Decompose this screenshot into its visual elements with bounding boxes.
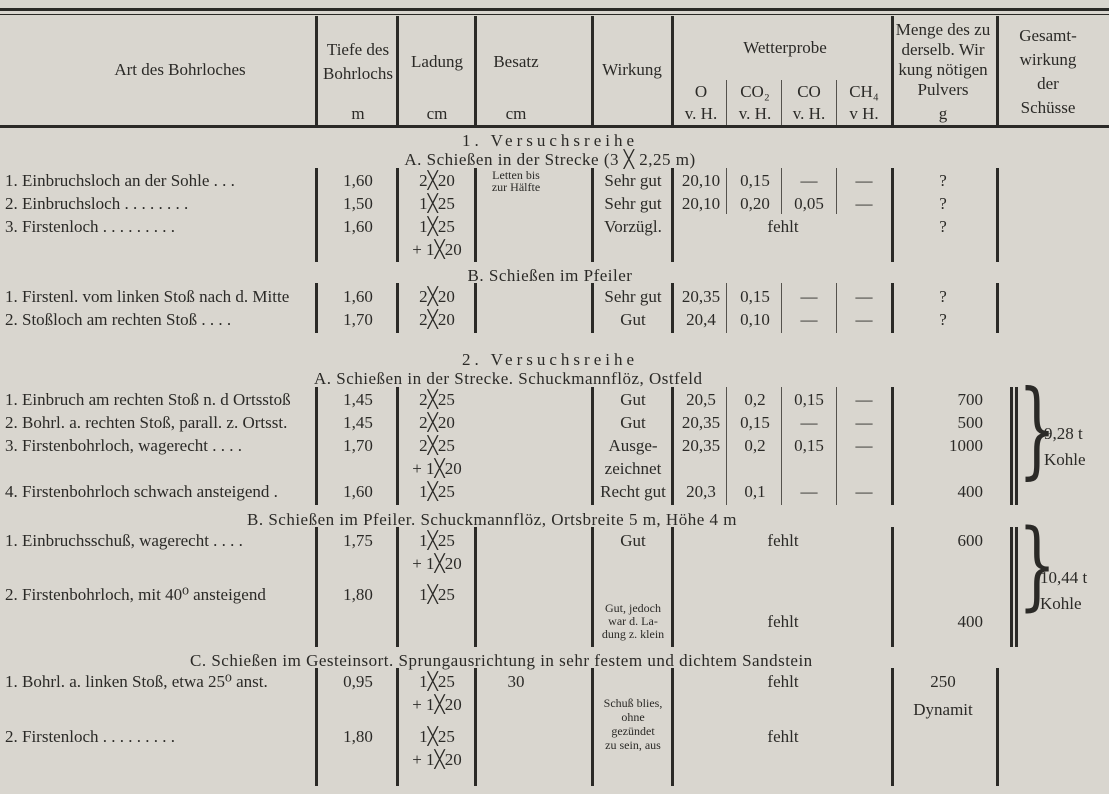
header-co: CO [782, 82, 836, 102]
row-o: 20,3 [674, 482, 728, 502]
row-ladung: 2╳25 [398, 436, 476, 456]
row-o: 20,35 [674, 436, 728, 456]
row-wetterprobe: fehlt [674, 531, 892, 551]
column-divider [591, 527, 594, 647]
column-divider [1015, 387, 1018, 505]
column-divider [891, 668, 894, 786]
series-2-section-c: C. Schießen im Gesteinsort. Sprungausric… [190, 651, 813, 671]
row-tiefe: 1,50 [318, 194, 398, 214]
row-co: — [782, 171, 836, 191]
row-art: 2. Stoßloch am rechten Stoß . . . . [5, 310, 231, 330]
row-art: 1. Firstenl. vom linken Stoß nach d. Mit… [5, 287, 289, 307]
series-2-section-a: A. Schießen in der Strecke. Schuckmannfl… [314, 369, 703, 389]
row-wirkung-line-3: dung z. klein [594, 628, 672, 641]
besatz-note-2: zur Hälfte [478, 181, 554, 194]
row-ladung: 2╳20 [398, 413, 476, 433]
row-ch4: — [836, 194, 892, 214]
row-menge: ? [893, 310, 993, 330]
row-co: — [782, 482, 836, 502]
row-ladung: 1╳25 [398, 672, 476, 692]
row-o: 20,10 [674, 194, 728, 214]
header-tiefe-1: Tiefe des [318, 40, 398, 60]
row-art: 1. Bohrl. a. linken Stoß, etwa 25⁰ anst. [5, 672, 268, 692]
column-divider [591, 668, 594, 786]
row-menge: 700 [893, 390, 983, 410]
row-ch4: — [836, 287, 892, 307]
row-o: 20,35 [674, 287, 728, 307]
row-art: 2. Bohrl. a. rechten Stoß, parall. z. Or… [5, 413, 287, 433]
row-wetterprobe: fehlt [674, 672, 892, 692]
row-tiefe: 1,80 [318, 585, 398, 605]
row-ch4: — [836, 390, 892, 410]
row-menge: 400 [893, 482, 983, 502]
series-1-section-a: A. Schießen in der Strecke (3 ╳ 2,25 m) [300, 150, 800, 170]
row-menge: ? [893, 217, 993, 237]
row-co: 0,05 [782, 194, 836, 214]
column-divider [591, 283, 594, 333]
gesamt-a-unit: Kohle [1044, 450, 1086, 470]
header-ch4-unit: v H. [836, 104, 892, 124]
row-wirkung: Recht gut [594, 482, 672, 502]
column-divider [781, 283, 782, 333]
header-ladung-unit: cm [398, 104, 476, 124]
row-art: 3. Firstenbohrloch, wagerecht . . . . [5, 436, 242, 456]
row-ladung: 1╳25 [398, 727, 476, 747]
row-wirkung: Gut [594, 310, 672, 330]
series-2-section-b: B. Schießen im Pfeiler. Schuckmannflöz, … [247, 510, 737, 530]
row-wirkung: Sehr gut [594, 171, 672, 191]
row-co: — [782, 310, 836, 330]
header-menge-2: derselb. Wir [893, 40, 993, 60]
column-divider [396, 668, 399, 786]
row-menge: 500 [893, 413, 983, 433]
column-divider [726, 283, 727, 333]
wirkung-c-line-2: ohne [594, 711, 672, 724]
gesamt-b-value: 10,44 t [1040, 568, 1087, 588]
wirkung-c-line-3: gezündet [594, 725, 672, 738]
header-ch4: CH₄ [836, 82, 892, 102]
column-divider [591, 387, 594, 505]
row-art: 1. Einbruchsschuß, wagerecht . . . . [5, 531, 243, 551]
row-ladung: 2╳20 [398, 287, 476, 307]
header-co2-unit: v. H. [728, 104, 782, 124]
column-divider [591, 168, 594, 262]
row-tiefe: 1,60 [318, 171, 398, 191]
blasting-test-table: Art des Bohrloches Tiefe des Bohrlochs m… [0, 0, 1109, 794]
header-wirkung: Wirkung [592, 60, 672, 80]
column-divider [836, 283, 837, 333]
column-divider [891, 283, 894, 333]
column-divider [396, 387, 399, 505]
table-top-rule-thin [0, 14, 1109, 15]
header-art: Art des Bohrloches [80, 60, 280, 80]
row-co2: 0,15 [728, 171, 782, 191]
row-menge: ? [893, 194, 993, 214]
header-tiefe-unit: m [318, 104, 398, 124]
row-ladung-extra: + 1╳20 [398, 240, 476, 260]
row-wirkung: Sehr gut [594, 194, 672, 214]
header-menge-4: Pulvers [893, 80, 993, 100]
row-co: — [782, 287, 836, 307]
header-gesamt-4: Schüsse [998, 98, 1098, 118]
column-divider [726, 168, 727, 214]
row-co: 0,15 [782, 390, 836, 410]
row-ladung: 1╳25 [398, 482, 476, 502]
row-menge: 600 [893, 531, 983, 551]
row-ladung: 1╳25 [398, 531, 476, 551]
column-divider [671, 387, 674, 505]
row-tiefe: 1,45 [318, 413, 398, 433]
row-tiefe: 0,95 [318, 672, 398, 692]
header-gesamt-3: der [998, 74, 1098, 94]
wirkung-c-line-1: Schuß blies, [594, 697, 672, 710]
row-o: 20,4 [674, 310, 728, 330]
row-ladung-extra: + 1╳20 [398, 554, 476, 574]
column-divider [315, 283, 318, 333]
column-divider [671, 168, 674, 262]
row-tiefe: 1,75 [318, 531, 398, 551]
column-divider [671, 527, 674, 647]
row-ladung: 1╳25 [398, 194, 476, 214]
header-tiefe-2: Bohrlochs [318, 64, 398, 84]
row-ladung: 1╳25 [398, 217, 476, 237]
row-menge: ? [893, 287, 993, 307]
header-o: O [674, 82, 728, 102]
row-art: 3. Firstenloch . . . . . . . . . [5, 217, 175, 237]
column-divider [474, 168, 477, 262]
row-art: 2. Firstenbohrloch, mit 40⁰ ansteigend [5, 585, 266, 605]
series-2-title: 2. Versuchsreihe [300, 350, 800, 370]
wirkung-c-line-4: zu sein, aus [594, 739, 672, 752]
row-ch4: — [836, 171, 892, 191]
row-tiefe: 1,60 [318, 287, 398, 307]
row-wetterprobe: fehlt [674, 612, 892, 632]
row-tiefe: 1,70 [318, 436, 398, 456]
column-divider [474, 668, 477, 786]
row-co: — [782, 413, 836, 433]
row-art: 2. Firstenloch . . . . . . . . . [5, 727, 175, 747]
series-1-section-b: B. Schießen im Pfeiler [300, 266, 800, 286]
column-divider [671, 283, 674, 333]
gesamt-b-unit: Kohle [1040, 594, 1082, 614]
column-divider [315, 527, 318, 647]
column-divider [315, 168, 318, 262]
column-divider [474, 283, 477, 333]
header-bottom-rule [0, 125, 1109, 128]
header-divider [591, 16, 594, 125]
header-divider [836, 80, 837, 125]
row-co2: 0,15 [728, 413, 782, 433]
row-wirkung: Vorzügl. [594, 217, 672, 237]
header-o-unit: v. H. [674, 104, 728, 124]
header-besatz-unit: cm [478, 104, 554, 124]
header-divider [474, 16, 477, 125]
row-tiefe: 1,80 [318, 727, 398, 747]
row-menge: 400 [893, 612, 983, 632]
row-ch4: — [836, 310, 892, 330]
column-divider [891, 527, 894, 647]
table-top-rule [0, 8, 1109, 11]
column-divider [315, 387, 318, 505]
row-o: 20,35 [674, 413, 728, 433]
gesamt-a-value: 9,28 t [1044, 424, 1083, 444]
column-divider [396, 168, 399, 262]
row-tiefe: 1,45 [318, 390, 398, 410]
column-divider [1010, 387, 1013, 505]
row-co: 0,15 [782, 436, 836, 456]
row-wirkung: Gut [594, 413, 672, 433]
row-menge: 1000 [893, 436, 983, 456]
header-menge-3: kung nötigen [893, 60, 993, 80]
column-divider [781, 168, 782, 214]
header-divider [781, 80, 782, 125]
row-ch4: — [836, 436, 892, 456]
row-art: 2. Einbruchsloch . . . . . . . . [5, 194, 188, 214]
row-ladung: 1╳25 [398, 585, 476, 605]
row-art: 1. Einbruchsloch an der Sohle . . . [5, 171, 235, 191]
row-wetterprobe: fehlt [674, 727, 892, 747]
column-divider [1010, 527, 1013, 647]
row-tiefe: 1,60 [318, 217, 398, 237]
row-wirkung: Sehr gut [594, 287, 672, 307]
header-divider [315, 16, 318, 125]
row-ch4: — [836, 413, 892, 433]
row-ladung-extra: + 1╳20 [398, 750, 476, 770]
row-co2: 0,15 [728, 287, 782, 307]
row-o: 20,10 [674, 171, 728, 191]
column-divider [891, 168, 894, 262]
column-divider [474, 527, 477, 647]
header-ladung: Ladung [398, 52, 476, 72]
series-1-title: 1. Versuchsreihe [300, 131, 800, 151]
row-ladung-extra: + 1╳20 [398, 695, 476, 715]
row-o: 20,5 [674, 390, 728, 410]
column-divider [671, 668, 674, 786]
row-art: 4. Firstenbohrloch schwach ansteigend . [5, 482, 278, 502]
row-tiefe: 1,60 [318, 482, 398, 502]
row-ladung-extra: + 1╳20 [398, 459, 476, 479]
header-wetterprobe: Wetterprobe [674, 38, 896, 58]
header-co-unit: v. H. [782, 104, 836, 124]
column-divider [836, 387, 837, 505]
column-divider [396, 527, 399, 647]
row-ch4: — [836, 482, 892, 502]
row-menge: 250 [893, 672, 993, 692]
row-tiefe: 1,70 [318, 310, 398, 330]
header-divider [891, 16, 894, 125]
header-besatz: Besatz [478, 52, 554, 72]
row-wetterprobe: fehlt [674, 217, 892, 237]
header-divider [996, 16, 999, 125]
column-divider [781, 387, 782, 505]
column-divider [996, 668, 999, 786]
column-divider [996, 283, 999, 333]
header-gesamt-1: Gesamt- [998, 26, 1098, 46]
row-co2: 0,2 [728, 390, 782, 410]
header-menge-unit: g [893, 104, 993, 124]
row-ladung: 2╳20 [398, 171, 476, 191]
header-menge-1: Menge des zu [893, 20, 993, 40]
column-divider [1015, 527, 1018, 647]
column-divider [726, 387, 727, 505]
header-divider [671, 16, 674, 125]
header-divider [726, 80, 727, 125]
row-wirkung: Ausge- [594, 436, 672, 456]
row-co2: 0,1 [728, 482, 782, 502]
row-ladung: 2╳20 [398, 310, 476, 330]
menge-c-note: Dynamit [893, 700, 993, 720]
row-wirkung: Gut [594, 390, 672, 410]
row-co2: 0,20 [728, 194, 782, 214]
header-co2: CO₂ [728, 82, 782, 102]
row-wirkung-cont: zeichnet [594, 459, 672, 479]
column-divider [891, 387, 894, 505]
header-gesamt-2: wirkung [998, 50, 1098, 70]
column-divider [396, 283, 399, 333]
row-wirkung: Gut [594, 531, 672, 551]
row-ladung: 2╳25 [398, 390, 476, 410]
column-divider [996, 168, 999, 262]
column-divider [315, 668, 318, 786]
header-divider [396, 16, 399, 125]
column-divider [836, 168, 837, 214]
row-art: 1. Einbruch am rechten Stoß n. d Ortssto… [5, 390, 291, 410]
row-co2: 0,10 [728, 310, 782, 330]
row-besatz: 30 [478, 672, 554, 692]
row-menge: ? [893, 171, 993, 191]
row-co2: 0,2 [728, 436, 782, 456]
